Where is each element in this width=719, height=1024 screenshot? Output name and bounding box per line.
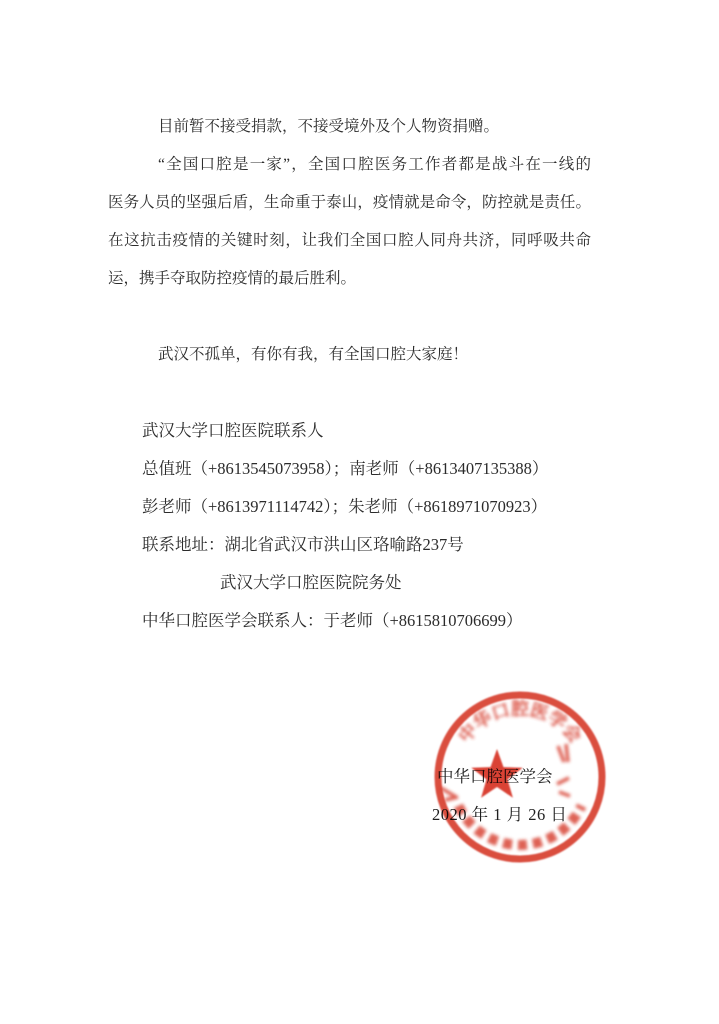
paragraph-line: “全国口腔是一家”，全国口腔医务工作者都是战斗在一线的 [108, 146, 591, 184]
paragraph-line: 运，携手夺取防控疫情的最后胜利。 [108, 260, 591, 298]
signature-date: 2020 年 1 月 26 日 [432, 801, 567, 825]
blank-line [108, 298, 591, 336]
contact-heading-line: 武汉大学口腔医院联系人 [142, 412, 591, 450]
contact-phone-line: 彭老师（+8613971114742）；朱老师（+8618971070923） [142, 488, 591, 526]
paragraph-line: 在这抗击疫情的关键时刻，让我们全国口腔人同舟共济，同呼吸共命 [108, 222, 591, 260]
paragraph-line: 目前暂不接受捐款，不接受境外及个人物资捐赠。 [108, 108, 591, 146]
contact-phone-line: 总值班（+8613545073958）；南老师（+8613407135388） [142, 450, 591, 488]
contact-office-line: 武汉大学口腔医院院务处 [220, 564, 591, 602]
contact-phone-line: 中华口腔医学会联系人：于老师（+8615810706699） [142, 602, 591, 640]
slogan-line: 武汉不孤单，有你有我，有全国口腔大家庭！ [108, 336, 591, 374]
letter-body: 目前暂不接受捐款，不接受境外及个人物资捐赠。 “全国口腔是一家”，全国口腔医务工… [108, 108, 591, 640]
scanned-letter-page: 目前暂不接受捐款，不接受境外及个人物资捐赠。 “全国口腔是一家”，全国口腔医务工… [0, 0, 719, 1024]
contact-address-line: 联系地址：湖北省武汉市洪山区珞喻路237号 [142, 526, 591, 564]
signature-org: 中华口腔医学会 [437, 763, 553, 787]
paragraph-line: 医务人员的坚强后盾，生命重于泰山，疫情就是命令，防控就是责任。 [108, 184, 591, 222]
blank-line [108, 374, 591, 412]
